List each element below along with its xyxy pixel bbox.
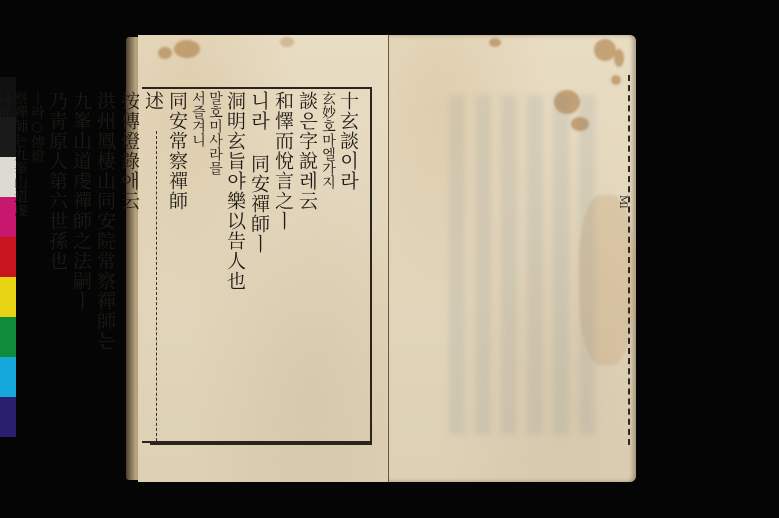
text-column: 洪州鳳棲山同安院常察禪師는 <box>95 91 115 439</box>
text-column: 乃靑原人第六世孫也 <box>47 91 67 439</box>
text-column: 和懌而悅言之ㅣ <box>273 91 293 439</box>
stain <box>280 37 294 47</box>
frame-edge-line <box>626 75 630 445</box>
margin-mark: Ml <box>617 195 628 208</box>
text-column: 니靑原人 <box>0 91 9 439</box>
stain <box>611 75 621 85</box>
stain <box>489 38 501 47</box>
text-column: 同安常察禪師 <box>167 91 187 439</box>
text-column: 述 <box>143 91 163 439</box>
stain <box>158 47 172 59</box>
stain <box>614 49 624 67</box>
text-column: ㅣ라○傳燈 <box>30 91 43 439</box>
text-column: 니라 同安禪師ㅣ <box>249 91 269 439</box>
stain <box>594 39 616 61</box>
stain <box>174 40 200 58</box>
text-column: 按傳燈錄애云 <box>119 91 139 439</box>
open-book: 十玄談이라玄妙호마엘가지談은字說레云和懌而悅言之ㅣ니라 同安禪師ㅣ洞明玄旨야樂以… <box>126 35 638 482</box>
text-column: 九峯山道虔禪師之法嗣ㅣ <box>71 91 91 439</box>
text-column: 서즐겨니 <box>191 91 204 439</box>
text-column: 玄妙호마엘가지 <box>321 91 334 439</box>
text-column: 洞明玄旨야樂以告人也 <box>225 91 245 439</box>
left-page: 十玄談이라玄妙호마엘가지談은字說레云和懌而悅言之ㅣ니라 同安禪師ㅣ洞明玄旨야樂以… <box>138 35 389 482</box>
text-column: 察禪師는九峯山道虔 <box>13 91 26 439</box>
right-page: Ml <box>389 35 636 482</box>
text-columns: 十玄談이라玄妙호마엘가지談은字說레云和懌而悅言之ㅣ니라 同安禪師ㅣ洞明玄旨야樂以… <box>0 91 358 439</box>
text-column: 十玄談이라 <box>338 91 358 439</box>
bleed-through-text <box>449 95 599 435</box>
text-column: 談은字說레云 <box>297 91 317 439</box>
text-column: 말호미사라믈 <box>208 91 221 439</box>
